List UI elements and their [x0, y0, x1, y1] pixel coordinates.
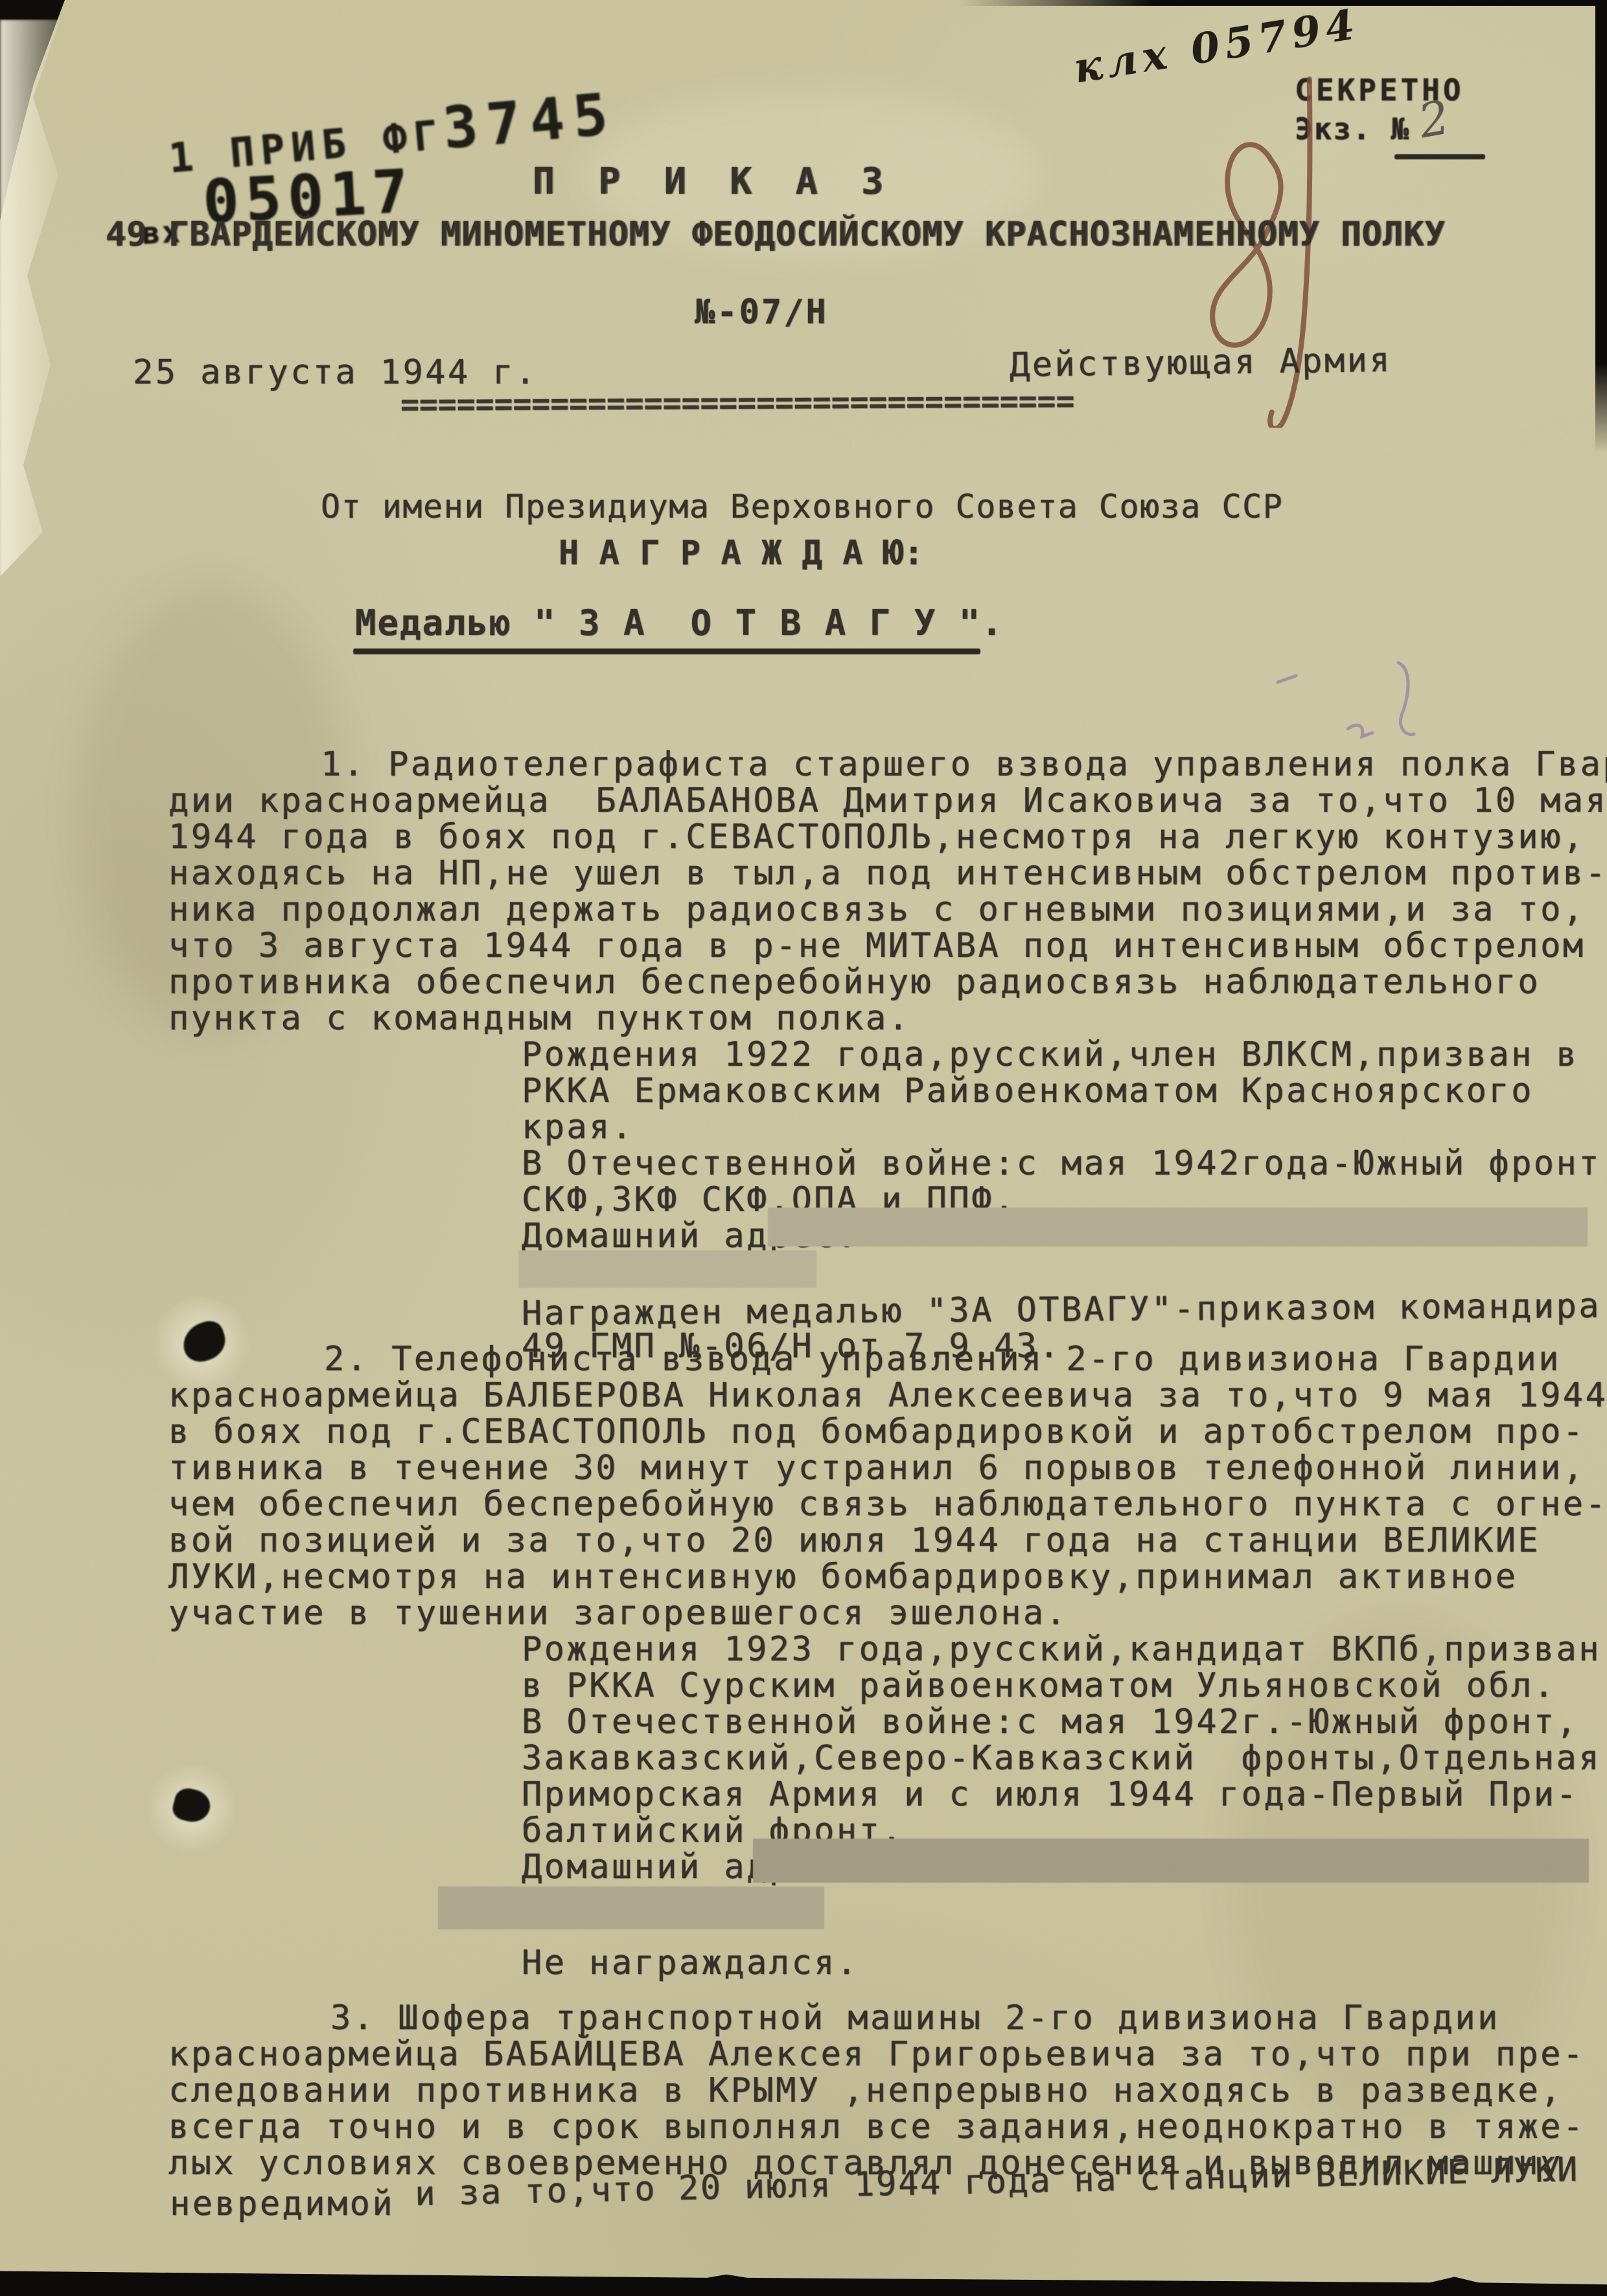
film-grain-overlay — [0, 0, 1607, 2296]
scanned-order-page: 1 ПРИБ ФГ3745 вх 05017 клх 05794 СЕКРЕТН… — [0, 0, 1607, 2296]
